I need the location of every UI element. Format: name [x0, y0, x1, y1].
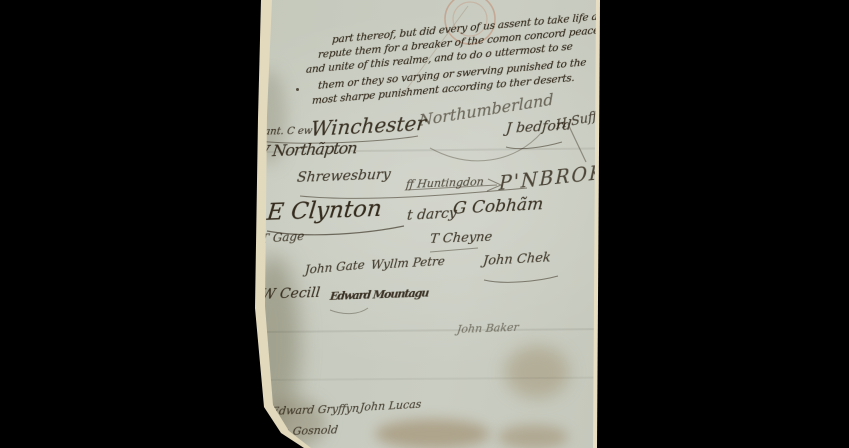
signature-john-gosnold: John Gosnold — [263, 423, 338, 439]
signature-john-baker: John Baker — [456, 321, 519, 336]
signature-w-petre: Wyllm Petre — [370, 254, 445, 272]
signature-f-huntingdon: ff Huntingdon — [405, 175, 484, 191]
signature-shrewsbury: Shrewesbury — [296, 167, 391, 186]
signature-t-cheyne: T Cheyne — [429, 230, 493, 247]
signature-edward-mountagu: Edward Mountagu — [329, 287, 429, 303]
signature-john-lucas: John Lucas — [359, 398, 422, 414]
signature-g-cobham: G Cobhãm — [452, 194, 544, 219]
photograph-background: part thereof, but did every of us assent… — [0, 0, 849, 448]
signature-winchester: Winchester — [310, 111, 427, 141]
signature-e-clynton: E Clynton — [266, 196, 383, 226]
signature-t-cant: T. Cant. C ew — [244, 126, 313, 138]
signature-john-gate: John Gate — [305, 258, 365, 277]
signature-t-darcy: t darcy — [406, 205, 457, 224]
signature-h-suffolk: H Suffolk — [555, 105, 617, 133]
signature-w-cecill: W Cecill — [260, 285, 321, 303]
signature-penbroke: P'NBROKE — [499, 160, 622, 195]
signature-t-gage: T Gage — [261, 229, 305, 246]
signature-edward-gryffyn: Edward Gryffyn — [270, 402, 360, 418]
signature-w-northampton: W Northãpton — [252, 138, 358, 161]
signature-block: T. Cant. C ewWinchesterNorthumberlandJ b… — [0, 0, 849, 448]
manuscript-page: part thereof, but did every of us assent… — [0, 0, 849, 448]
signature-john-cheke: John Chek — [482, 250, 551, 269]
